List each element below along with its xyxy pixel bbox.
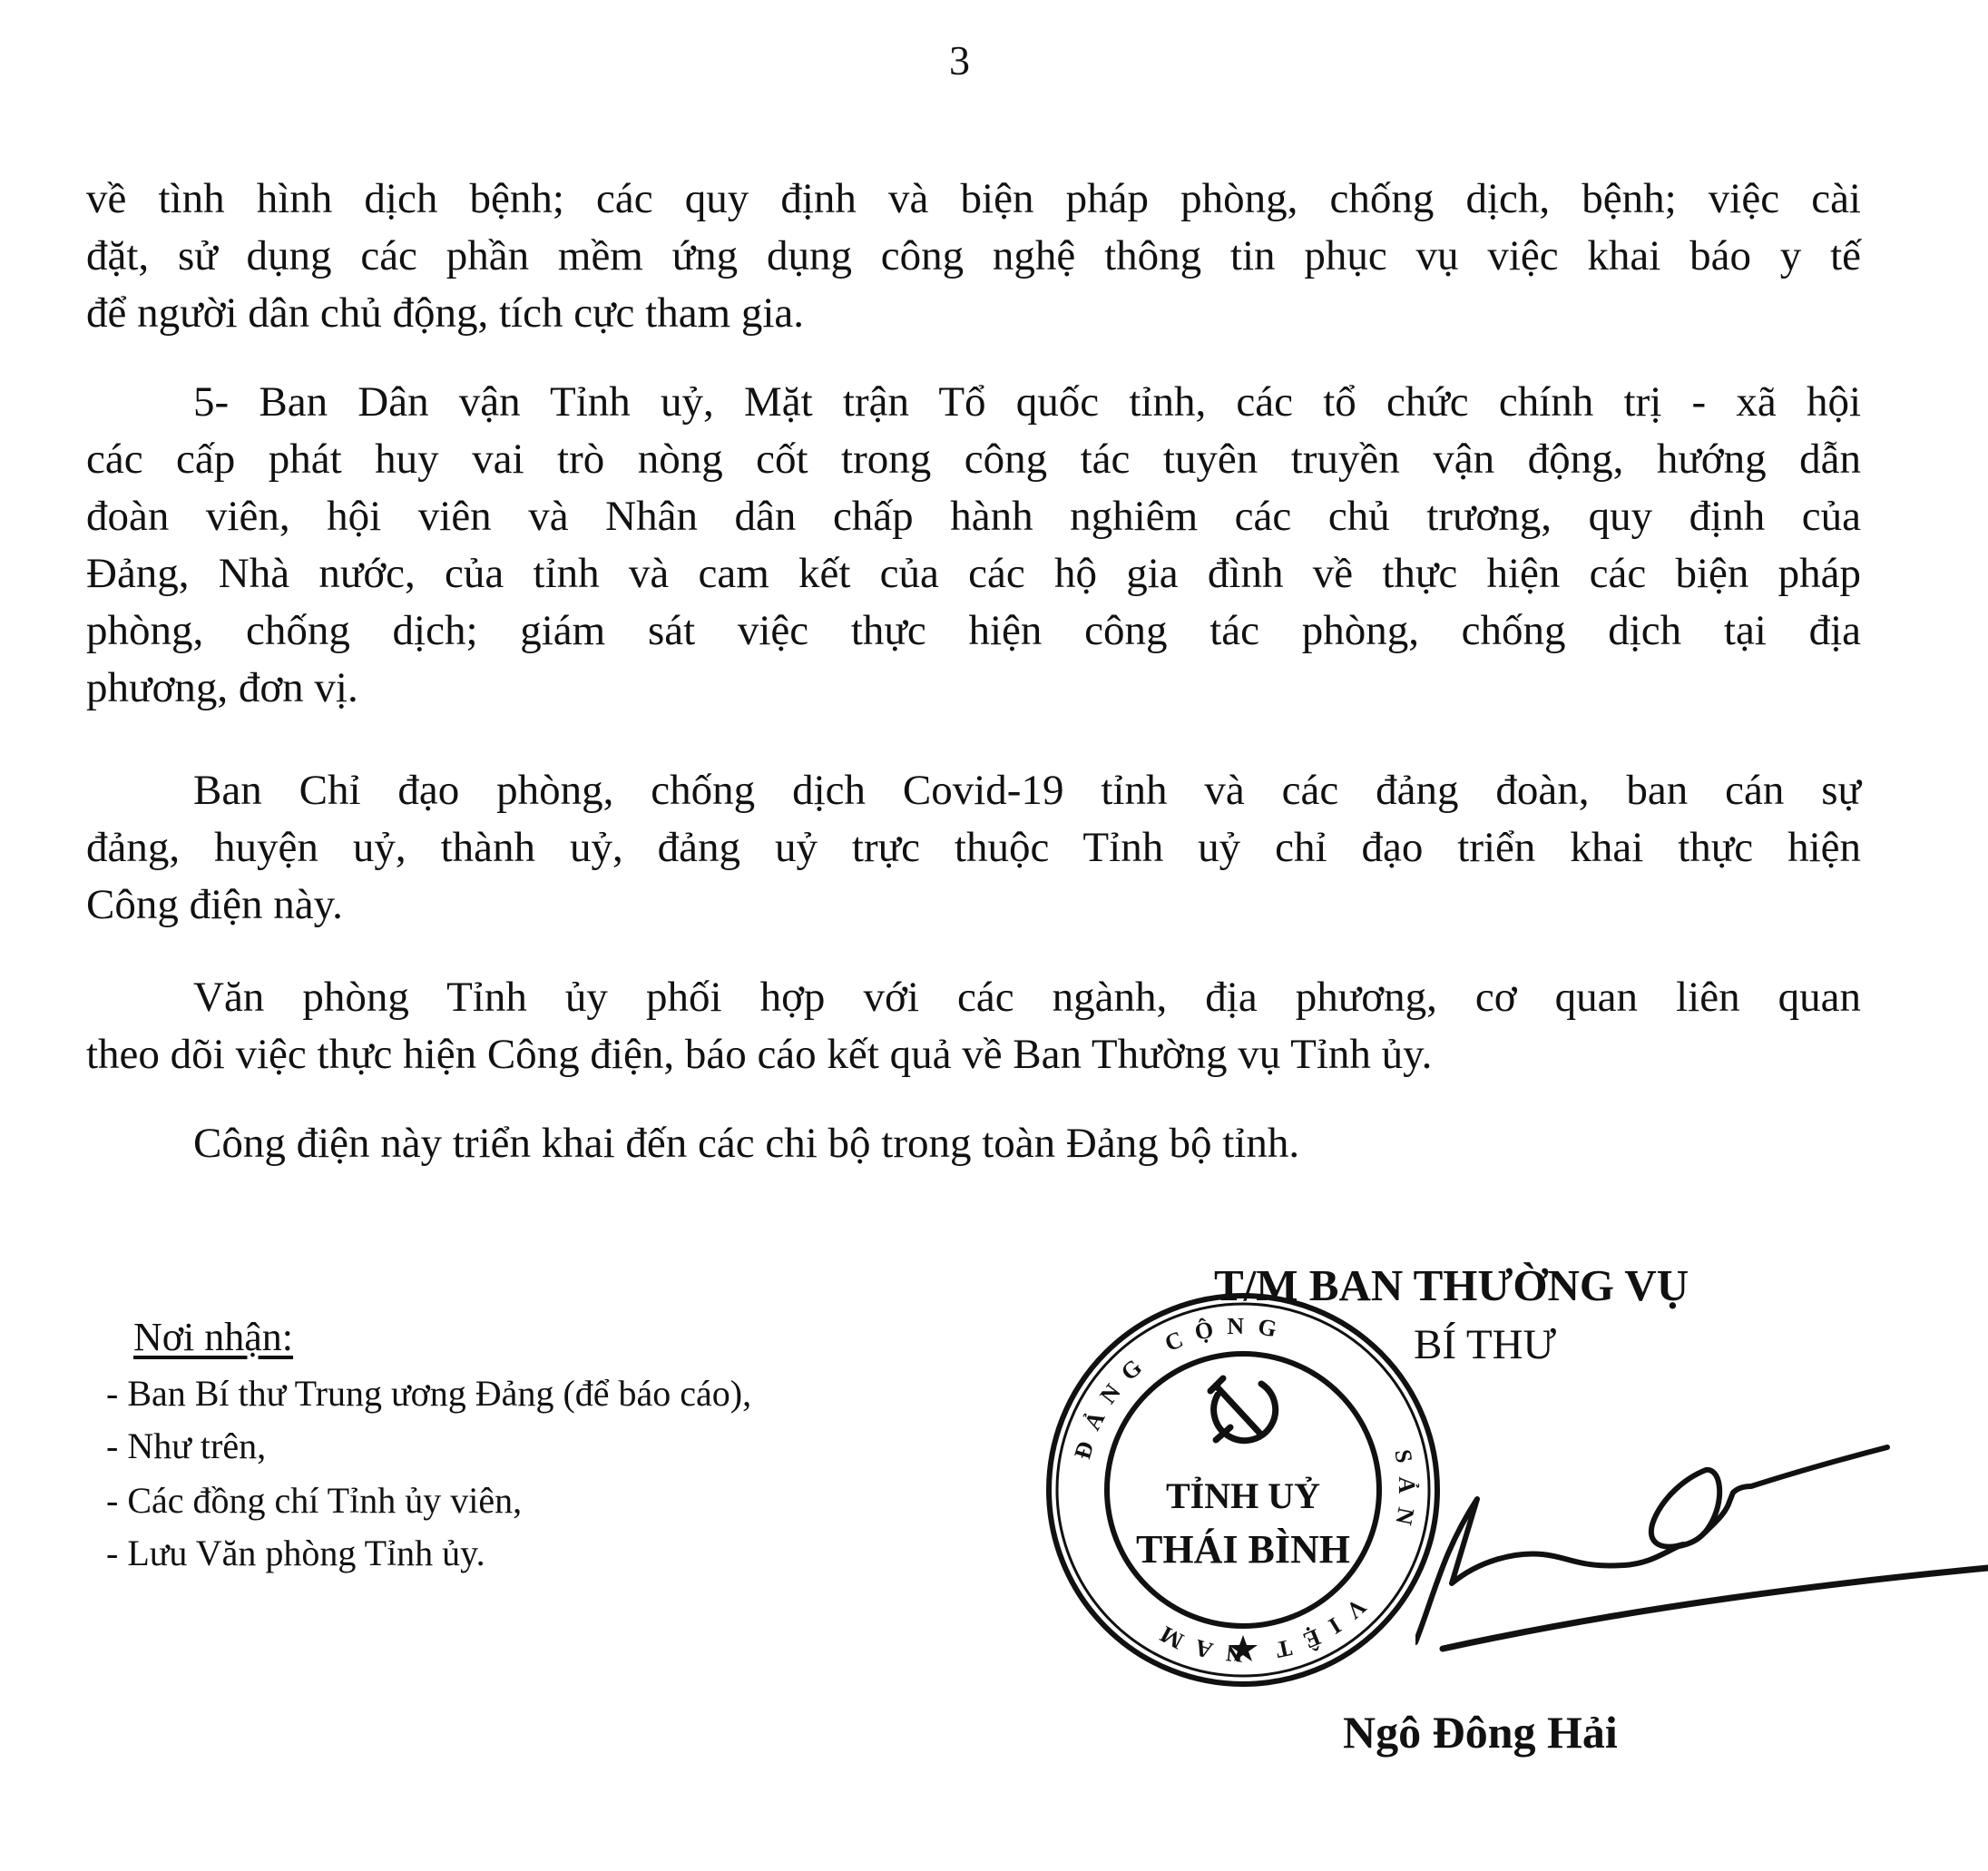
text-line: đảng, huyện uỷ, thành uỷ, đảng uỷ trực t…	[86, 819, 1861, 877]
signer-name: Ngô Đông Hải	[1343, 1706, 1618, 1758]
handwritten-signature	[1415, 1415, 1988, 1688]
text-line: Văn phòng Tỉnh ủy phối hợp với các ngành…	[193, 969, 1861, 1026]
stamp-ring-text-right: VIỆT NAM	[1144, 1593, 1371, 1668]
hammer-and-sickle-icon	[1210, 1378, 1276, 1441]
text-line: Ban Chỉ đạo phòng, chống dịch Covid-19 t…	[193, 762, 1861, 819]
text-line: về tình hình dịch bệnh; các quy định và …	[86, 171, 1861, 228]
recipient-item: - Các đồng chí Tỉnh ủy viên,	[106, 1479, 522, 1522]
official-stamp: ĐẢNG CỘNG SẢN VIỆT NAM TỈNH UỶ THÁI BÌNH	[1043, 1290, 1443, 1690]
text-line: theo dõi việc thực hiện Công điện, báo c…	[86, 1026, 1861, 1083]
recipient-item: - Lưu Văn phòng Tỉnh ủy.	[106, 1532, 485, 1574]
text-line: phòng, chống dịch; giám sát việc thực hi…	[86, 602, 1861, 660]
text-line: các cấp phát huy vai trò nòng cốt trong …	[86, 431, 1861, 488]
stamp-center-line-2: THÁI BÌNH	[1136, 1527, 1350, 1572]
text-line: đoàn viên, hội viên và Nhân dân chấp hàn…	[86, 488, 1861, 545]
recipient-item: - Như trên,	[106, 1425, 266, 1467]
text-line: Đảng, Nhà nước, của tỉnh và cam kết của …	[86, 545, 1861, 602]
text-line: phương, đơn vị.	[86, 660, 1861, 717]
page-number: 3	[949, 36, 970, 84]
text-line: để người dân chủ động, tích cực tham gia…	[86, 285, 1861, 342]
text-line: Công điện này triển khai đến các chi bộ …	[193, 1115, 1861, 1172]
stamp-center-line-1: TỈNH UỶ	[1166, 1475, 1320, 1516]
recipient-item: - Ban Bí thư Trung ương Đảng (để báo cáo…	[106, 1372, 751, 1415]
text-line: đặt, sử dụng các phần mềm ứng dụng công …	[86, 228, 1861, 285]
text-line: Công điện này.	[86, 877, 1861, 934]
text-line: 5- Ban Dân vận Tỉnh uỷ, Mặt trận Tổ quốc…	[193, 374, 1861, 431]
recipients-heading: Nơi nhận:	[133, 1314, 293, 1360]
